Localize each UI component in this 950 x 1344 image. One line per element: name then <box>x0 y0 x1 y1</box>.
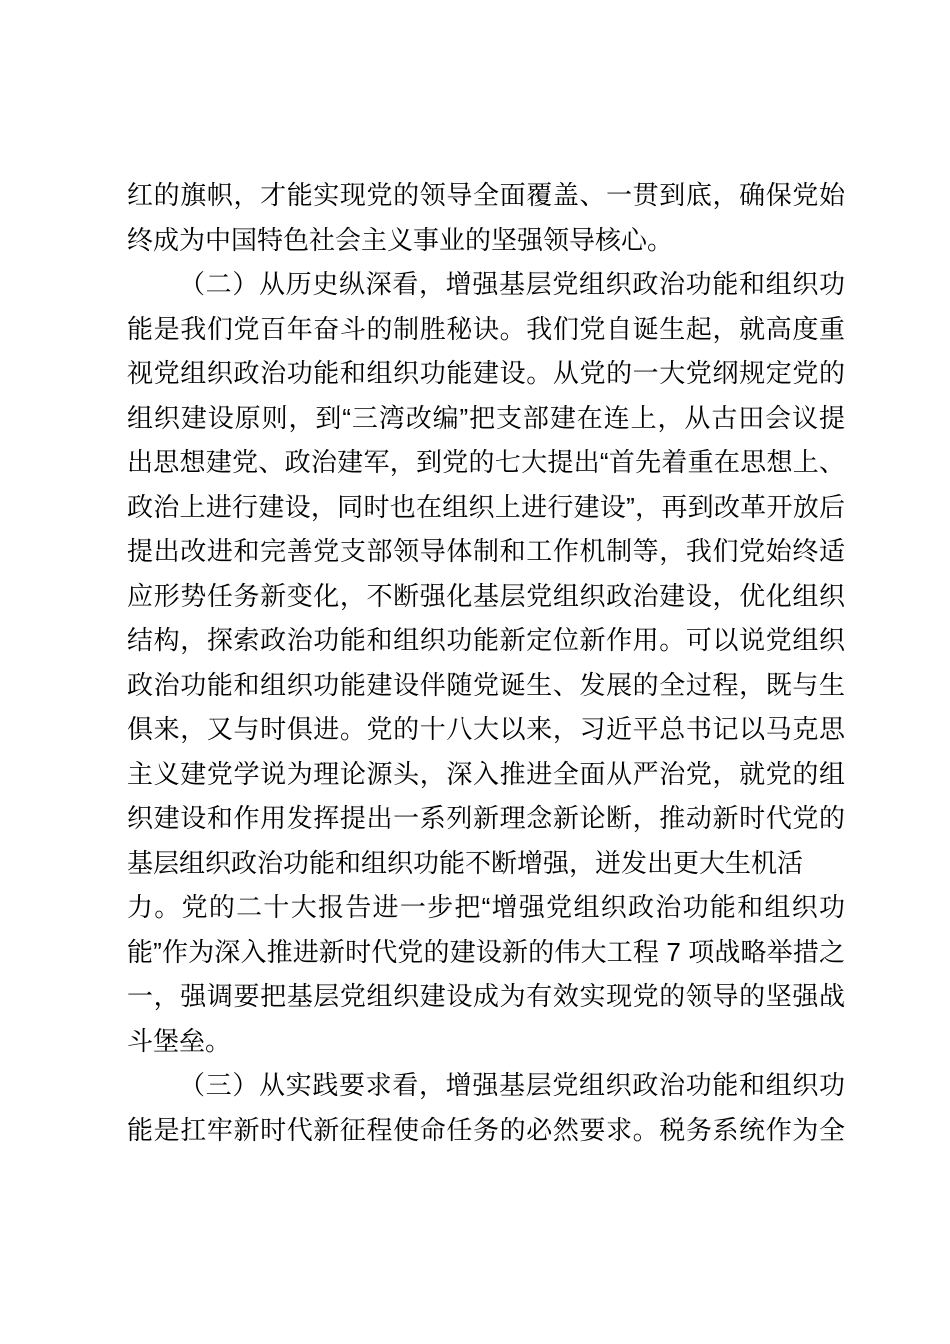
text-line: 政治功能和组织功能建设伴随党诞生、发展的全过程，既与生 <box>127 663 845 708</box>
text-line: 红的旗帜，才能实现党的领导全面覆盖、一贯到底，确保党始 <box>127 173 845 218</box>
text-line: 一，强调要把基层党组织建设成为有效实现党的领导的坚强战 <box>127 974 845 1019</box>
document-body: 红的旗帜，才能实现党的领导全面覆盖、一贯到底，确保党始终成为中国特色社会主义事业… <box>127 173 845 1152</box>
text-line: 能”作为深入推进新时代党的建设新的伟大工程 7 项战略举措之 <box>127 930 845 975</box>
text-line: 结构，探索政治功能和组织功能新定位新作用。可以说党组织 <box>127 618 845 663</box>
text-line: （二）从历史纵深看，增强基层党组织政治功能和组织功 <box>127 262 845 307</box>
document-viewport: { "colors": { "page_background": "#fffff… <box>0 0 950 1344</box>
text-line: 提出改进和完善党支部领导体制和工作机制等，我们党始终适 <box>127 529 845 574</box>
document-page: 红的旗帜，才能实现党的领导全面覆盖、一贯到底，确保党始终成为中国特色社会主义事业… <box>0 0 950 1344</box>
text-line: 力。党的二十大报告进一步把“增强党组织政治功能和组织功 <box>127 885 845 930</box>
text-line: 组织建设原则，到“三湾改编”把支部建在连上，从古田会议提 <box>127 396 845 441</box>
text-line: 终成为中国特色社会主义事业的坚强领导核心。 <box>127 218 845 263</box>
text-line: 基层组织政治功能和组织功能不断增强，迸发出更大生机活 <box>127 841 845 886</box>
text-line: 主义建党学说为理论源头，深入推进全面从严治党，就党的组 <box>127 752 845 797</box>
text-line: 俱来，又与时俱进。党的十八大以来，习近平总书记以马克思 <box>127 707 845 752</box>
text-line: 能是我们党百年奋斗的制胜秘诀。我们党自诞生起，就高度重 <box>127 307 845 352</box>
text-line: 政治上进行建设，同时也在组织上进行建设”，再到改革开放后 <box>127 485 845 530</box>
text-line: 视党组织政治功能和组织功能建设。从党的一大党纲规定党的 <box>127 351 845 396</box>
text-line: （三）从实践要求看，增强基层党组织政治功能和组织功 <box>127 1063 845 1108</box>
text-line: 出思想建党、政治建军，到党的七大提出“首先着重在思想上、 <box>127 440 845 485</box>
text-line: 应形势任务新变化，不断强化基层党组织政治建设，优化组织 <box>127 574 845 619</box>
text-line: 能是扛牢新时代新征程使命任务的必然要求。税务系统作为全 <box>127 1108 845 1153</box>
text-line: 斗堡垒。 <box>127 1019 845 1064</box>
text-line: 织建设和作用发挥提出一系列新理念新论断，推动新时代党的 <box>127 796 845 841</box>
